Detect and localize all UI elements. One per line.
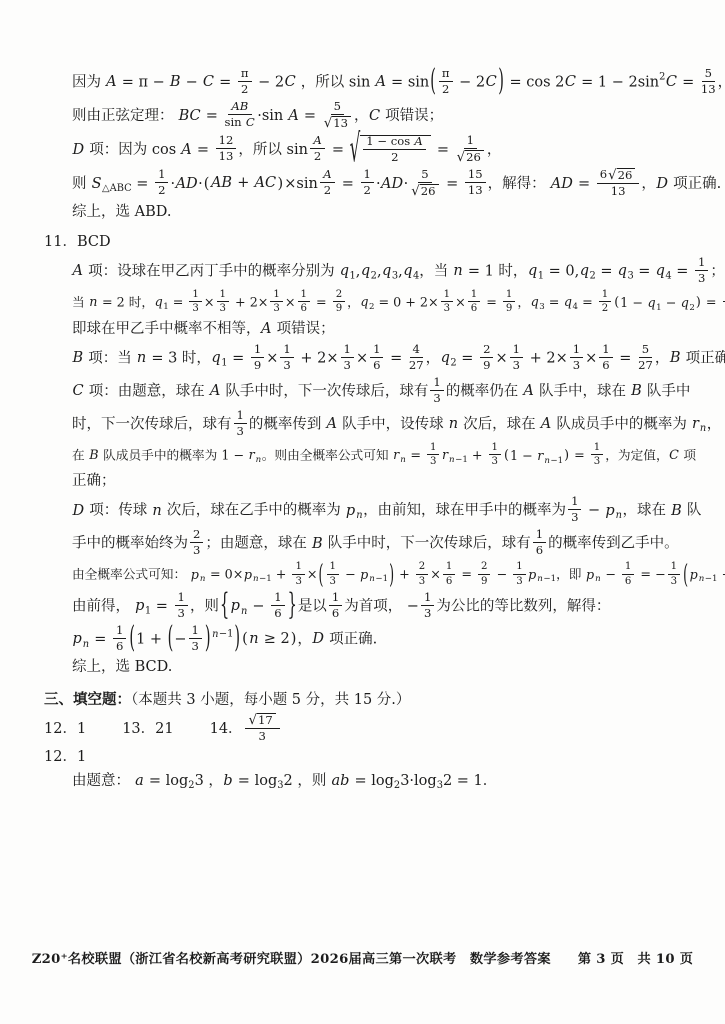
math-line-24: 由题意： a = log23 ，b = log32 ，则 ab = log23·…: [72, 772, 725, 792]
document-page: 因为 A = π − B − C = π2 − 2C ，所以 sin A = s…: [0, 0, 725, 1024]
math-line-7: A 项：设球在甲乙丙丁手中的概率分别为 q1,q2,q3,q4，当 n = 1 …: [72, 257, 725, 286]
math-line-18: 由前得， p1 = 13，则{pn − 16}是以16为首项， −13为公比的等…: [72, 592, 725, 621]
math-line-19: pn = 16(1 + (−13)n−1)(n ≥ 2)，D 项正确.: [72, 625, 725, 654]
answer-content: 因为 A = π − B − C = π2 − 2C ，所以 sin A = s…: [0, 64, 725, 796]
math-line-9: 即球在甲乙手中概率不相等，A 项错误；: [72, 320, 725, 340]
math-line-3: D 项：因为 cos A = 1213，所以 sinA2 = √1 − cos …: [72, 135, 725, 165]
math-line-12: 时，下一次传球后，球有13的概率传到 A 队手中，设传球 n 次后，球在 A 队…: [72, 410, 725, 439]
math-line-20: 综上，选 BCD.: [72, 658, 725, 678]
math-line-10: B 项：当 n = 3 时，q1 = 19×13 + 2×13×16 = 427…: [72, 344, 725, 373]
math-line-17: 由全概率公式可知： pn = 0×pn−1 + 13×(13 − pn−1) +…: [72, 562, 725, 588]
math-line-21: 三、填空题：（本题共 3 小题，每小题 5 分，共 15 分.）: [44, 690, 725, 711]
math-line-15: D 项：传球 n 次后，球在乙手中的概率为 pn，由前知，球在甲手中的概率为13…: [72, 496, 725, 525]
math-line-8: 当 n = 2 时，q1 = 13×13 + 2×13×16 = 29，q2 =…: [72, 290, 725, 316]
math-line-5: 综上，选 ABD.: [72, 203, 725, 223]
math-line-11: C 项：由题意，球在 A 队手中时，下一次传球后，球有13的概率仍在 A 队手中…: [72, 377, 725, 406]
math-line-2: 则由正弦定理： BC = ABsin C·sin A = 5√13，C 项错误；: [72, 101, 725, 131]
math-line-16: 手中的概率始终为23；由题意，球在 B 队手中时，下一次传球后，球有16的概率传…: [72, 529, 725, 558]
math-line-1: 因为 A = π − B − C = π2 − 2C ，所以 sin A = s…: [72, 68, 725, 97]
math-line-23: 12．1: [44, 748, 725, 768]
math-line-6: 11．BCD: [44, 233, 725, 253]
math-line-14: 正确；: [72, 472, 725, 492]
math-line-22: 12．113．2114．√173: [44, 714, 725, 744]
math-line-4: 则 S△ABC = 12·AD·(AB + AC)×sinA2 = 12·AD·…: [72, 169, 725, 199]
page-footer: Z20⁺名校联盟（浙江省名校新高考研究联盟）2026届高三第一次联考 数学参考答…: [0, 951, 725, 969]
math-line-13: 在 B 队成员手中的概率为 1 − rn。则由全概率公式可知 rn = 13rn…: [72, 443, 725, 469]
